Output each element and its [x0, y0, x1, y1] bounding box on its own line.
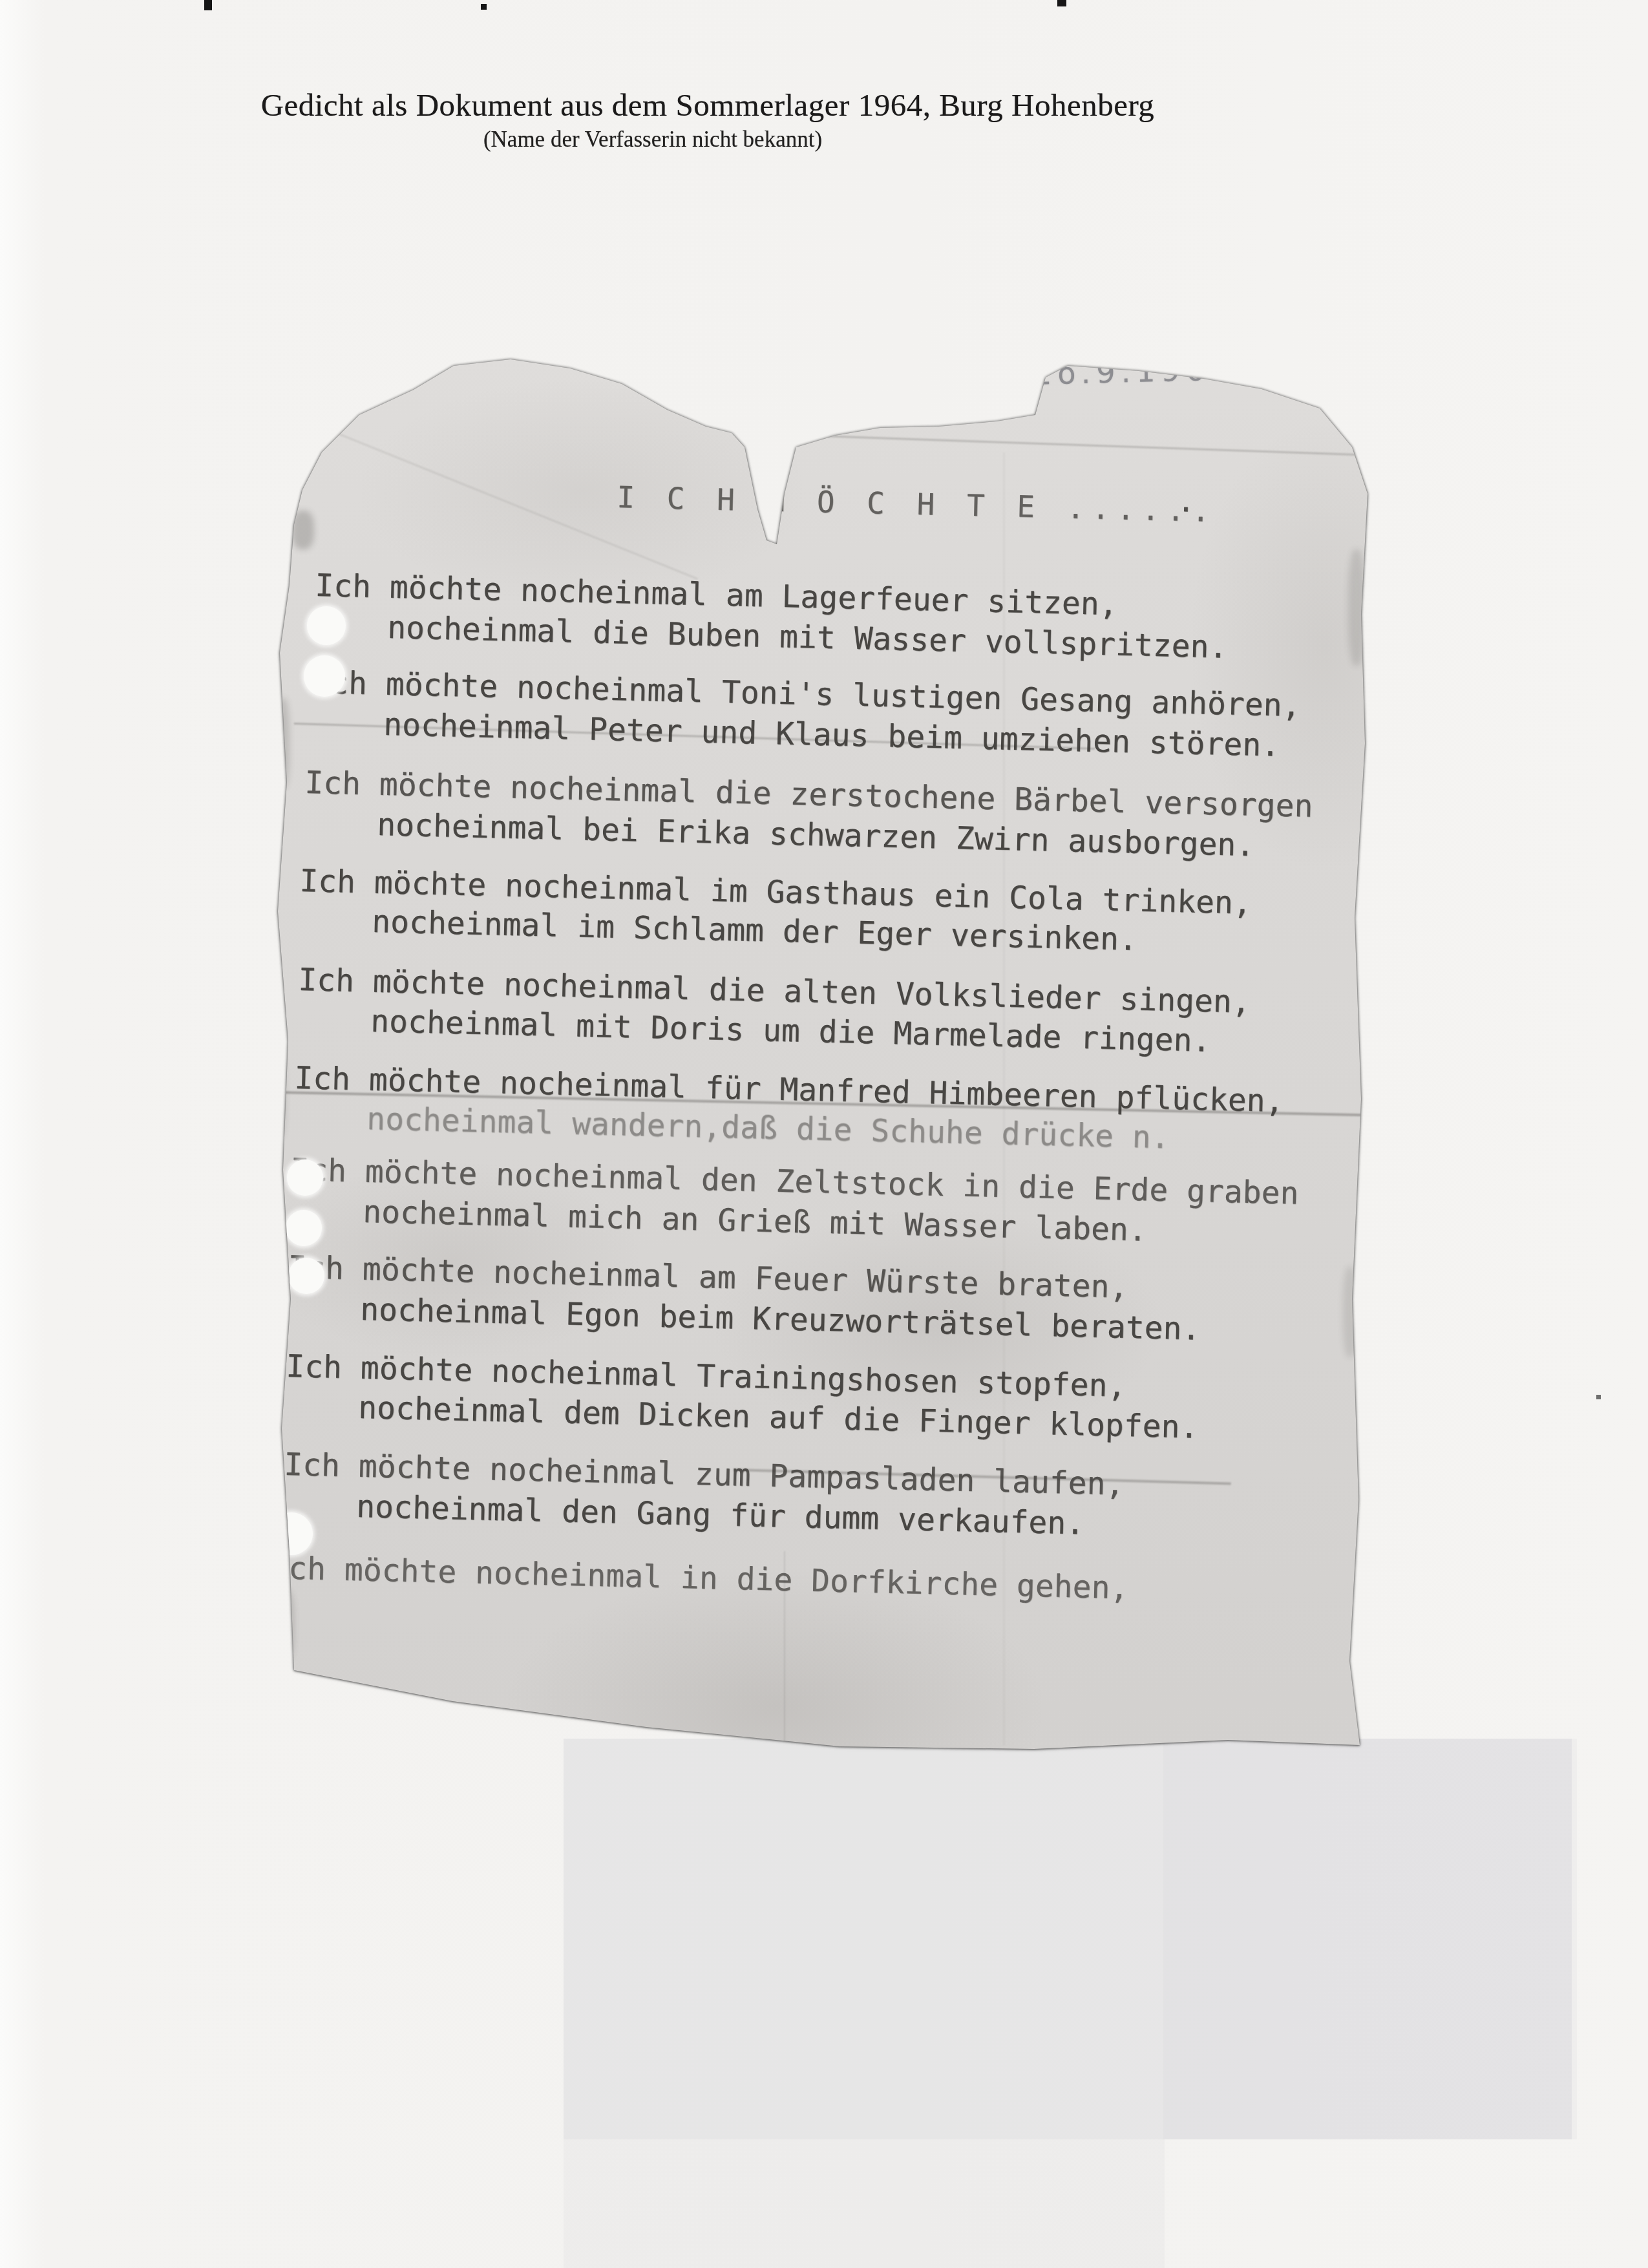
scanned-paper: 2o.9.1964 I C H M Ö C H T E ...... . Ich…	[0, 0, 1648, 2268]
smudge	[277, 698, 290, 789]
hole-punch	[307, 606, 346, 645]
paper-date: 2o.9.1964	[1032, 352, 1235, 392]
hole-punch	[287, 1160, 323, 1196]
crease-line	[784, 1551, 785, 1745]
smudge	[280, 1590, 294, 1661]
smudge	[275, 1054, 285, 1138]
smudge	[292, 511, 314, 549]
hole-punch	[270, 1512, 313, 1555]
poem-title-trailing-dot: .	[1177, 483, 1196, 519]
hole-punch	[288, 1258, 324, 1294]
smudge	[1348, 549, 1365, 666]
poem-line: Ich möchte nocheinmal in die Dorfkirche …	[269, 1550, 1129, 1606]
poem-title: I C H M Ö C H T E ......	[617, 480, 1218, 529]
paper-surface: 2o.9.1964 I C H M Ö C H T E ...... . Ich…	[0, 0, 1648, 2268]
crease-line	[801, 434, 1357, 456]
hole-punch	[286, 1210, 322, 1246]
crease-line	[1003, 452, 1005, 1745]
hole-punch	[304, 655, 345, 697]
smudge	[1343, 1267, 1357, 1357]
